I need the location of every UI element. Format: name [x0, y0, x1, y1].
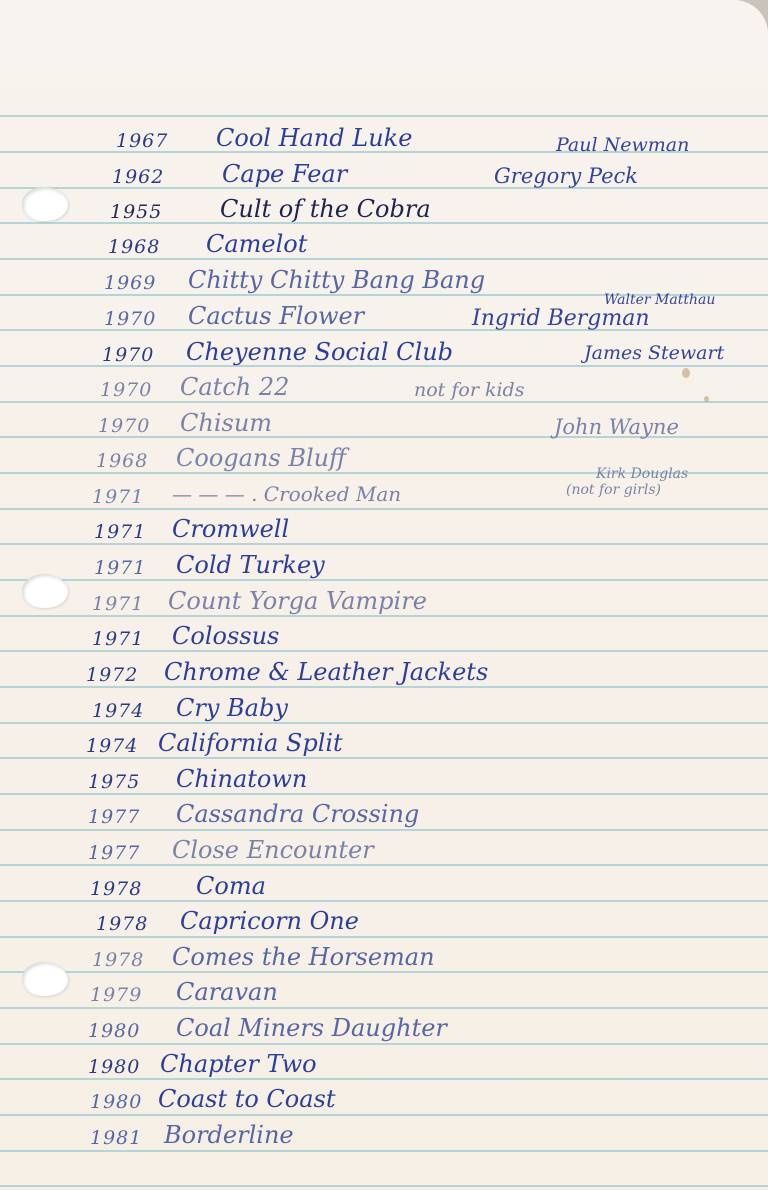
- list-item: 1971 Count Yorga Vampire: [0, 587, 768, 623]
- actor-note: John Wayne: [554, 415, 679, 439]
- year: 1977: [88, 806, 140, 828]
- ruled-line: [0, 115, 768, 117]
- list-item: 1980 Coast to Coast: [0, 1085, 768, 1121]
- year: 1970: [98, 415, 150, 437]
- movie-title: Colossus: [172, 622, 279, 650]
- year: 1978: [92, 949, 144, 971]
- year: 1969: [104, 272, 156, 294]
- movie-title: Cold Turkey: [176, 551, 325, 579]
- movie-title: Borderline: [164, 1121, 294, 1149]
- year: 1955: [110, 201, 162, 223]
- list-item: 1962 Cape Fear Gregory Peck: [0, 160, 768, 196]
- movie-title: Capricorn One: [180, 907, 359, 935]
- list-item: 1978 Comes the Horseman: [0, 943, 768, 979]
- year: 1972: [86, 664, 138, 686]
- movie-title: Cool Hand Luke: [216, 124, 412, 152]
- movie-title: Chapter Two: [160, 1050, 317, 1078]
- movie-title: Cape Fear: [222, 160, 347, 188]
- movie-title: Cassandra Crossing: [176, 800, 419, 828]
- ruled-line: [0, 1185, 768, 1187]
- list-item: 1981 Borderline: [0, 1121, 768, 1157]
- note: not for kids: [414, 379, 524, 401]
- movie-title: Chrome & Leather Jackets: [164, 658, 488, 686]
- movie-title: Coal Miners Daughter: [176, 1014, 447, 1042]
- movie-title: Cult of the Cobra: [220, 195, 431, 223]
- list-item: 1977 Close Encounter: [0, 836, 768, 872]
- list-item: 1979 Caravan: [0, 978, 768, 1014]
- year: 1980: [88, 1020, 140, 1042]
- year: 1971: [94, 521, 146, 543]
- year: 1971: [92, 628, 144, 650]
- movie-title: Chinatown: [176, 765, 307, 793]
- year: 1971: [94, 557, 146, 579]
- year: 1978: [96, 913, 148, 935]
- list-item: 1974 Cry Baby: [0, 694, 768, 730]
- year: 1981: [90, 1127, 142, 1149]
- year: 1979: [90, 984, 142, 1006]
- actor-note: Kirk Douglas: [596, 466, 688, 482]
- list-item: 1980 Chapter Two: [0, 1050, 768, 1086]
- actor-note: Gregory Peck: [494, 164, 638, 188]
- year: 1977: [88, 842, 140, 864]
- year: 1970: [100, 379, 152, 401]
- year: 1980: [88, 1056, 140, 1078]
- list-item: 1974 California Split: [0, 729, 768, 765]
- movie-title: Camelot: [206, 230, 307, 258]
- year: 1978: [90, 878, 142, 900]
- list-item: 1970 Catch 22 not for kids: [0, 373, 768, 409]
- note: (not for girls): [566, 482, 661, 498]
- movie-title: Cromwell: [172, 515, 289, 543]
- list-item: 1980 Coal Miners Daughter: [0, 1014, 768, 1050]
- movie-title: Chisum: [180, 409, 272, 437]
- list-item: 1971 Colossus: [0, 622, 768, 658]
- year: 1970: [104, 308, 156, 330]
- movie-title: California Split: [158, 729, 343, 757]
- list-item: 1978 Coma: [0, 872, 768, 908]
- movie-title: Close Encounter: [172, 836, 374, 864]
- year: 1974: [92, 700, 144, 722]
- year: 1970: [102, 344, 154, 366]
- list-item: 1977 Cassandra Crossing: [0, 800, 768, 836]
- actor-note: Paul Newman: [556, 134, 689, 156]
- list-item: 1968 Camelot: [0, 230, 768, 266]
- year: 1967: [116, 130, 168, 152]
- movie-title: — — — . Crooked Man: [172, 482, 401, 506]
- list-item: 1971 Cromwell: [0, 515, 768, 551]
- actor-note-secondary: Walter Matthau: [604, 292, 715, 308]
- list-item: 1967 Cool Hand Luke Paul Newman: [0, 124, 768, 160]
- year: 1980: [90, 1091, 142, 1113]
- movie-title: Catch 22: [180, 373, 289, 401]
- movie-title: Chitty Chitty Bang Bang: [188, 266, 485, 294]
- actor-note: Ingrid Bergman: [472, 306, 650, 331]
- list-item: 1971 — — — . Crooked Man Kirk Douglas (n…: [0, 480, 768, 516]
- year: 1968: [96, 450, 148, 472]
- list-item: 1970 Cactus Flower Ingrid Bergman Walter…: [0, 302, 768, 338]
- list-item: 1971 Cold Turkey: [0, 551, 768, 587]
- movie-title: Cactus Flower: [188, 302, 364, 330]
- movie-title: Caravan: [176, 978, 278, 1006]
- list-item: 1970 Cheyenne Social Club James Stewart: [0, 338, 768, 374]
- year: 1971: [92, 486, 144, 508]
- year: 1974: [86, 735, 138, 757]
- movie-title: Cheyenne Social Club: [186, 338, 453, 366]
- movie-title: Count Yorga Vampire: [168, 587, 427, 615]
- list-item: 1972 Chrome & Leather Jackets: [0, 658, 768, 694]
- list-item: 1970 Chisum John Wayne: [0, 409, 768, 445]
- movie-title: Coogans Bluff: [176, 444, 346, 472]
- movie-title: Cry Baby: [176, 694, 288, 722]
- list-item: 1975 Chinatown: [0, 765, 768, 801]
- actor-note: James Stewart: [584, 342, 724, 364]
- notebook-page: 1967 Cool Hand Luke Paul Newman 1962 Cap…: [0, 0, 768, 1190]
- year: 1968: [108, 236, 160, 258]
- movie-title: Comes the Horseman: [172, 943, 435, 971]
- list-item: 1955 Cult of the Cobra: [0, 195, 768, 231]
- movie-title: Coma: [196, 872, 266, 900]
- year: 1975: [88, 771, 140, 793]
- list-item: 1978 Capricorn One: [0, 907, 768, 943]
- year: 1962: [112, 166, 164, 188]
- movie-title: Coast to Coast: [158, 1085, 336, 1113]
- year: 1971: [92, 593, 144, 615]
